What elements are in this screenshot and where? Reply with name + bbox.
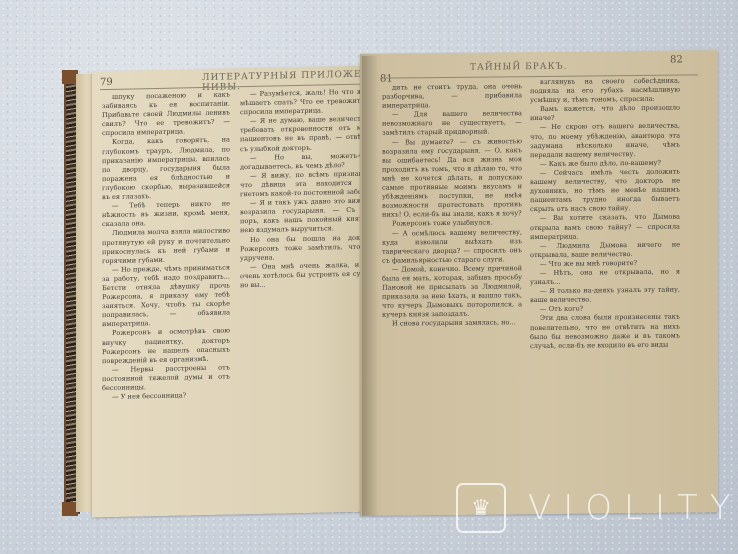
paragraph: Людмила молча взяла милостиво протянутую… xyxy=(102,227,230,266)
right-page: 81 ТАЙНЫЙ БРАКЪ. 82 дить не стоитъ труда… xyxy=(360,50,718,516)
left-page-column-2: — Разумѣется, жаль! Но что же ей мѣшаетъ… xyxy=(240,87,378,495)
paragraph: — Но прежде, чѣмъ приниматься за работу,… xyxy=(102,263,230,329)
paragraph: — Вы хотите сказать, что Дымова открыла … xyxy=(530,213,680,242)
paragraph: — Я только на-дняхъ узналъ эту тайну, ва… xyxy=(530,286,680,306)
paragraph: — Она мнѣ очень жалка, и мнѣ очень хотѣл… xyxy=(240,260,378,290)
running-header-right: ТАЙНЫЙ БРАКЪ. xyxy=(470,62,568,73)
watermark-text: VIOLITY xyxy=(528,488,738,528)
left-page-column-1: шпуку посаженою и какъ забиваясь къ ея в… xyxy=(102,90,230,498)
paragraph: — Нѣтъ, она не открывала, но я узналъ... xyxy=(530,267,680,287)
paragraph: — Я вижу, по всѣмъ признакамъ, что дѣвиц… xyxy=(240,169,378,199)
paragraph: Рожерсонъ и осмотрѣвъ свою внучку пациен… xyxy=(102,327,230,366)
paragraph: — Я и такъ ужъ давно это вижу! — возрази… xyxy=(240,196,378,235)
paragraph: — Я не думаю, ваше величество, я требова… xyxy=(240,115,378,154)
crown-icon: ♛ xyxy=(456,483,506,533)
paragraph: — Разумѣется, жаль! Но что же ей мѣшаетъ… xyxy=(240,87,378,117)
paragraph: — Сейчасъ имѣлъ честь доложить вашему ве… xyxy=(530,167,680,214)
right-page-column-2: взглянувъ на своего собесѣдника, подняла… xyxy=(530,77,680,439)
right-page-column-1: дить не стоитъ труда, она очень разборчи… xyxy=(382,82,522,463)
page-number-79: 79 xyxy=(100,77,113,88)
violity-watermark: ♛ VIOLITY xyxy=(456,484,738,532)
paragraph: дить не стоитъ труда, она очень разборчи… xyxy=(382,82,522,111)
paragraph: — Людмила Дымова ничего не открывала, ва… xyxy=(530,240,680,260)
paragraph: — Не скрою отъ вашего величества, что, п… xyxy=(530,122,680,160)
paragraph: — Для вашего величества невозможнаго не … xyxy=(382,109,522,138)
paragraph: — А осмѣлюсь вашему величеству, куда изв… xyxy=(382,228,522,266)
paragraph: И снова государыня замялась, но... xyxy=(382,319,522,330)
paragraph: Когда, какъ говорятъ, на глубокомъ траур… xyxy=(102,136,230,202)
paragraph: взглянувъ на своего собесѣдника, подняла… xyxy=(530,77,680,106)
paragraph: Эти два слова были произнесены такъ пове… xyxy=(530,313,680,351)
paragraph: шпуку посаженою и какъ забиваясь къ ея в… xyxy=(102,90,230,138)
paragraph: Вамъ кажется, что дѣло произошло иначе? xyxy=(530,104,680,124)
open-book: 79 ЛИТЕРАТУРНЫЯ ПРИЛОЖЕНІЯ НИВЫ. 80 шпук… xyxy=(64,40,712,520)
paragraph: — У нея бессонница? xyxy=(102,391,230,403)
paragraph: — Домой, конечно. Всему причиной была ея… xyxy=(382,264,522,320)
paragraph: Но она бы пошла на доктора, Рожерсонъ то… xyxy=(240,233,378,263)
paragraph: — Тебѣ теперь никто не нѣжность въ жизни… xyxy=(102,200,230,230)
book-gutter-shadow xyxy=(362,56,378,516)
page-number-82: 82 xyxy=(670,54,683,65)
paragraph: — Нервы расстроены отъ постоянной тяжело… xyxy=(102,363,230,393)
paragraph: — Вы думаете? — съ живостью возразила ем… xyxy=(382,137,522,220)
